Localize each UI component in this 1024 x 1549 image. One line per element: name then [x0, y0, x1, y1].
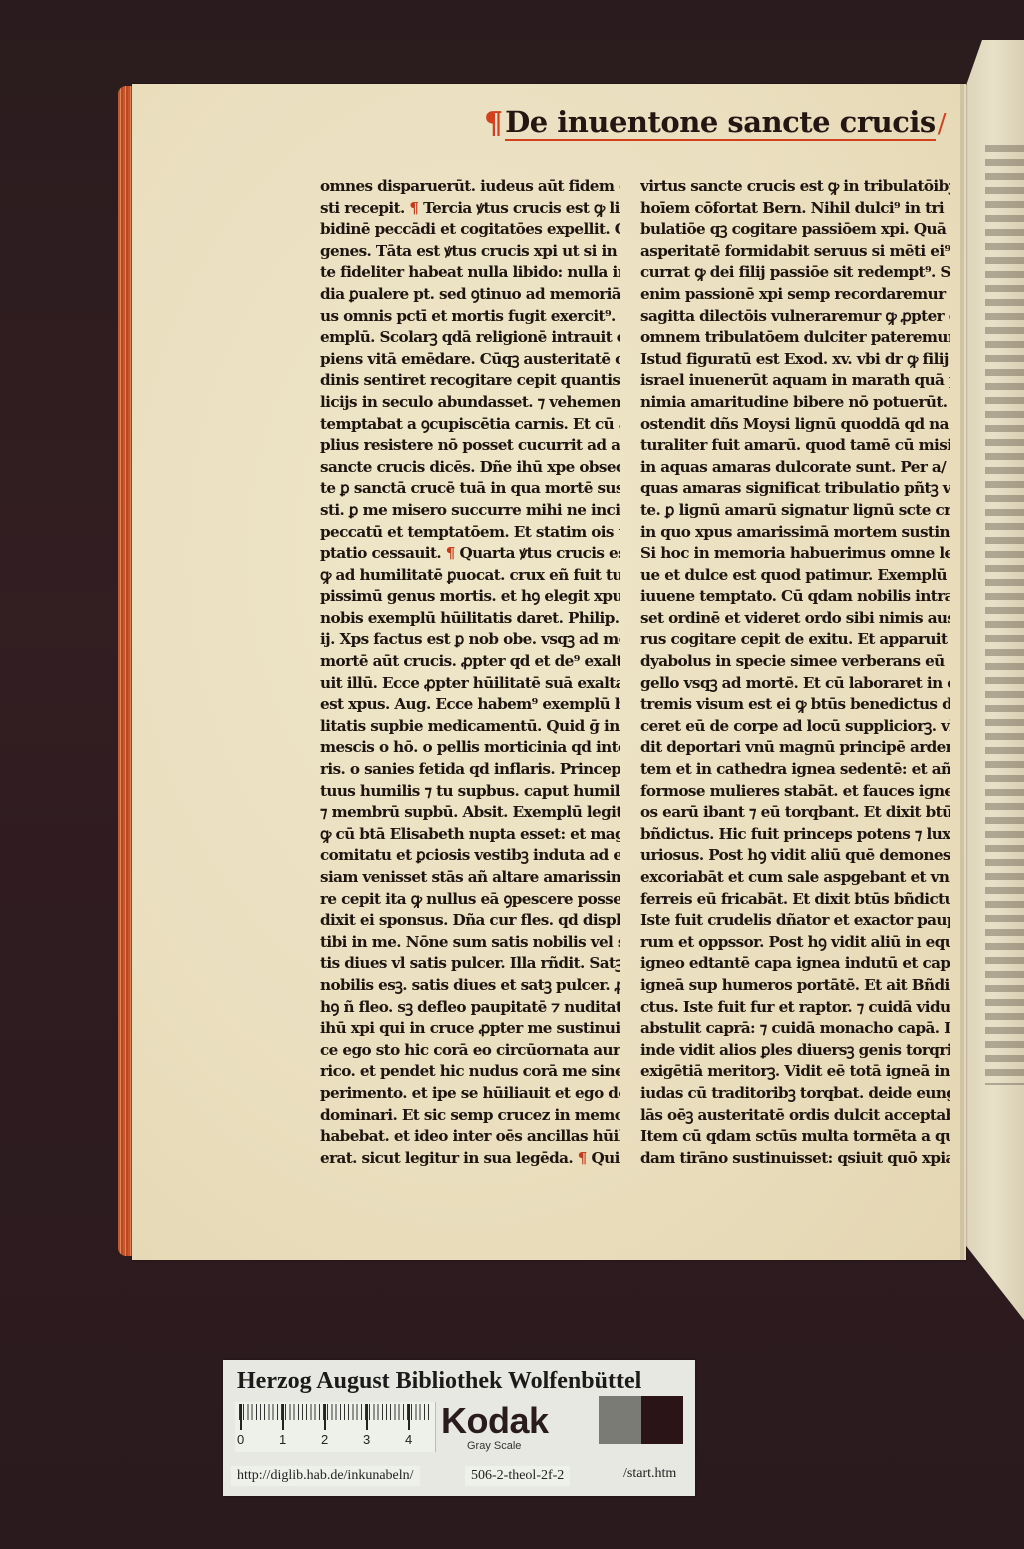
facing-page-text-bleed	[985, 145, 1024, 1085]
gray-swatch-dark	[641, 1396, 683, 1444]
text-line: ostendit dñs Moysi lignū quoddā qd na	[640, 414, 950, 436]
text-line: nobilis esꝫ. satis diues et satꝫ pulcer.…	[320, 975, 620, 997]
text-line: comitatu et ꝑciosis vestibꝫ induta ad ec…	[320, 845, 620, 867]
text-line: habebat. et ideo inter oēs ancillas hūil…	[320, 1126, 620, 1148]
text-line: asperitatē formidabit seruus si mēti ei⁹…	[640, 241, 950, 263]
text-line: formose mulieres stabāt. et fauces ignee…	[640, 781, 950, 803]
text-line: nobis exemplū hūilitatis daret. Philip.	[320, 608, 620, 630]
text-line: te fideliter habeat nulla libido: nulla …	[320, 262, 620, 284]
text-line: currat ꝙ dei filij passiōe sit redempt⁹.…	[640, 262, 950, 284]
gray-scale-label: Gray Scale	[467, 1440, 521, 1452]
text-line: dia ꝑualere pt. sed ꝯtinuo ad memoriā il…	[320, 284, 620, 306]
text-line: igneā sup humeros portātē. Et ait Bñdi	[640, 975, 950, 997]
ruler-number: 0	[237, 1432, 244, 1447]
text-line: nimia amaritudine bibere nō potuerūt. et	[640, 392, 950, 414]
text-line: inde vidit alios ꝑles diuersꝫ genis torq…	[640, 1040, 950, 1062]
ruler-number: 3	[363, 1432, 370, 1447]
shelfmark: 506-2-theol-2f-2	[465, 1466, 570, 1486]
text-line: virtus sancte crucis est ꝙ in tribulatōi…	[640, 176, 950, 198]
ruler-major-tick	[366, 1404, 368, 1430]
text-line: te. ꝑ lignū amarū signatur lignū scte cr…	[640, 500, 950, 522]
text-line: plius resistere nō posset cucurrit ad al…	[320, 435, 620, 457]
ruler-major-tick	[324, 1404, 326, 1430]
ruler-major-tick	[240, 1404, 242, 1430]
text-line: tremis visum est ei ꝙ btūs benedictus du	[640, 694, 950, 716]
text-line: hꝯ ñ fleo. sꝫ defleo paupitatē ⁊ nuditat…	[320, 997, 620, 1019]
ruler-number: 1	[279, 1432, 286, 1447]
text-line: peccatū et temptatōem. Et statim ois tem	[320, 522, 620, 544]
text-line: sti recepit. ¶ Tercia ꝟtus crucis est ꝙ …	[320, 198, 620, 220]
text-line: ue et dulce est quod patimur. Exemplū de	[640, 565, 950, 587]
text-line: omnes disparuerūt. iudeus aūt fidem chri	[320, 176, 620, 198]
text-line: ferreis eū fricabāt. Et dixit btūs bñdic…	[640, 889, 950, 911]
text-line: hoīem cōfortat Bern. Nihil dulci⁹ in tri	[640, 198, 950, 220]
text-line: Iste fuit crudelis dñator et exactor pau…	[640, 910, 950, 932]
text-line: ihū xpi qui in cruce ꝓpter me sustinuit.…	[320, 1018, 620, 1040]
text-line: iudas cū traditoribꝫ torqbat. deide eung…	[640, 1083, 950, 1105]
text-line: in quo xpus amarissimā mortem sustinuit.	[640, 522, 950, 544]
text-line: in aquas amaras dulcorate sunt. Per a/	[640, 457, 950, 479]
text-line: sancte crucis dicēs. Dñe ihū xpe obsecro	[320, 457, 620, 479]
text-line: uit illū. Ecce ꝓpter hūilitatē suā exalt…	[320, 673, 620, 695]
paraph-mark-icon: ¶	[446, 544, 455, 562]
reference-scale-card: Herzog August Bibliothek Wolfenbüttel 0 …	[223, 1360, 695, 1496]
text-line: ꝙ ad humilitatē ꝑuocat. crux eñ fuit tur	[320, 565, 620, 587]
text-line: rus cogitare cepit de exitu. Et apparuit…	[640, 629, 950, 651]
text-line: uriosus. Post hꝯ vidit aliū quē demones	[640, 845, 950, 867]
ruler-major-tick	[282, 1404, 284, 1430]
text-line: est xpus. Aug. Ecce habem⁹ exemplū hūi	[320, 694, 620, 716]
text-line: lās oēꝫ austeritatē ordis dulcit accepta…	[640, 1105, 950, 1127]
text-line: Item cū qdam sctūs multa tormēta a quo	[640, 1126, 950, 1148]
text-line: licijs in seculo abundasset. ⁊ vehemente…	[320, 392, 620, 414]
ruler-number: 2	[321, 1432, 328, 1447]
text-line: mortē aūt crucis. ꝓpter qd et de⁹ exalta…	[320, 651, 620, 673]
paraph-mark-icon: ¶	[484, 109, 503, 139]
text-line: dam tirāno sustinuisset: qsiuit quō xpia…	[640, 1148, 950, 1170]
text-line: ꝙ cū btā Elisabeth nupta esset: et magno	[320, 824, 620, 846]
text-line: ce ego sto hic corā eo circūornata auro …	[320, 1040, 620, 1062]
text-line: litatis supbie medicamentū. Quid ḡ intu	[320, 716, 620, 738]
text-line: dixit ei sponsus. Dña cur fles. qd displ…	[320, 910, 620, 932]
text-line: ptatio cessauit. ¶ Quarta ꝟtus crucis es…	[320, 543, 620, 565]
running-heading: ¶ De inuentone sancte crucis /	[484, 104, 914, 144]
text-line: dinis sentiret recogitare cepit quantis …	[320, 370, 620, 392]
text-line: exigētiā meritorꝫ. Vidit eē totā igneā i…	[640, 1061, 950, 1083]
text-line: ⁊ membrū supbū. Absit. Exemplū legit	[320, 802, 620, 824]
paraph-mark-icon: ¶	[578, 1149, 587, 1167]
text-line: dominari. Et sic semp crucez in memoria	[320, 1105, 620, 1127]
text-line: Istud figuratū est Exod. xv. vbi dr ꝙ fi…	[640, 349, 950, 371]
text-line: igneo edtantē capa ignea indutū et caprā…	[640, 953, 950, 975]
running-heading-text: De inuentone sancte crucis	[505, 107, 936, 141]
text-line: iuuene temptato. Cū qdam nobilis intras	[640, 586, 950, 608]
text-line: sagitta dilectōis vulneraremur ꝙ ꝓpter e…	[640, 306, 950, 328]
text-column-right: virtus sancte crucis est ꝙ in tribulatōi…	[640, 176, 950, 1169]
text-line: quas amaras significat tribulatio pñtꝫ v…	[640, 478, 950, 500]
text-line: bidinē peccādi et cogitatōes expellit. O…	[320, 219, 620, 241]
url-prefix: http://diglib.hab.de/inkunabeln/	[231, 1466, 420, 1486]
text-line: rico. et pendet hic nudus corā me sine c…	[320, 1061, 620, 1083]
measurement-ruler: 0 1 2 3 4	[235, 1402, 436, 1452]
text-line: tibi in me. Nōne sum satis nobilis vel s…	[320, 932, 620, 954]
text-line: tuus humilis ⁊ tu supbus. caput humile	[320, 781, 620, 803]
text-line: rum et oppssor. Post hꝯ vidit aliū in eq…	[640, 932, 950, 954]
url-suffix: /start.htm	[623, 1466, 676, 1482]
ruler-major-tick	[408, 1404, 410, 1430]
text-line: tis diues vl satis pulcer. Illa rñdit. S…	[320, 953, 620, 975]
ruler-ticks	[239, 1404, 429, 1420]
text-line: mescis o hō. o pellis morticinia qd intē…	[320, 737, 620, 759]
text-line: bulatiōe qꝫ cogitare passiōem xpi. Quā e…	[640, 219, 950, 241]
ruler-number: 4	[405, 1432, 412, 1447]
text-line: te ꝑ sanctā crucē tuā in qua mortē susti…	[320, 478, 620, 500]
text-line: piens vitā emēdare. Cūqꝫ austeritatē or/	[320, 349, 620, 371]
text-line: dit deportari vnū magnū principē arden/	[640, 737, 950, 759]
library-name: Herzog August Bibliothek Wolfenbüttel	[237, 1368, 641, 1395]
text-line: omnem tribulatōem dulciter pateremur.	[640, 327, 950, 349]
text-line: tem et in cathedra ignea sedentē: et añ …	[640, 759, 950, 781]
text-line: us omnis pctī et mortis fugit exercit⁹. …	[320, 306, 620, 328]
text-line: emplū. Scolarꝫ qdā religionē intrauit cu	[320, 327, 620, 349]
text-line: enim passionē xpi semp recordaremur ita	[640, 284, 950, 306]
text-line: ij. Xps factus est ꝑ nob obe. vsqꝫ ad mo…	[320, 629, 620, 651]
rubric-stroke-icon: /	[938, 109, 947, 139]
text-line: turaliter fuit amarū. quod tamē cū misis…	[640, 435, 950, 457]
text-line: ceret eū de corpe ad locū suppliciorꝫ. v…	[640, 716, 950, 738]
text-line: ris. o sanies fetida qd inflaris. Prince…	[320, 759, 620, 781]
text-column-left: omnes disparuerūt. iudeus aūt fidem chri…	[320, 176, 620, 1169]
text-line: abstulit caprā: ⁊ cuidā monacho capā. De	[640, 1018, 950, 1040]
kodak-logo: Kodak	[441, 1400, 549, 1442]
text-line: os earū ibant ⁊ eū torqbant. Et dixit bt…	[640, 802, 950, 824]
text-line: gello vsqꝫ ad mortē. Et cū laboraret in …	[640, 673, 950, 695]
text-line: israel inuenerūt aquam in marath quā pre	[640, 370, 950, 392]
text-line: pissimū genus mortis. et hꝯ elegit xpus …	[320, 586, 620, 608]
paraph-mark-icon: ¶	[409, 199, 418, 217]
gray-swatch-mid	[599, 1396, 641, 1444]
page-gutter	[960, 84, 964, 1260]
text-line: re cepit ita ꝙ nullus eā ꝯpescere posset…	[320, 889, 620, 911]
text-line: ctus. Iste fuit fur et raptor. ⁊ cuidā v…	[640, 997, 950, 1019]
text-line: dyabolus in specie simee verberans eū cū…	[640, 651, 950, 673]
text-line: erat. sicut legitur in sua legēda. ¶ Qui…	[320, 1148, 620, 1170]
text-line: perimento. et ipe se hūiliauit et ego de…	[320, 1083, 620, 1105]
text-line: bñdictus. Hic fuit princeps potens ⁊ lux	[640, 824, 950, 846]
text-line: temptabat a ꝯcupiscētia carnis. Et cū am	[320, 414, 620, 436]
text-line: Si hoc in memoria habuerimus omne le	[640, 543, 950, 565]
text-line: excoriabāt et cum sale aspgebant et vnci…	[640, 867, 950, 889]
text-line: sti. ꝑ me misero succurre mihi ne incidā…	[320, 500, 620, 522]
text-line: set ordinē et videret ordo sibi nimis au…	[640, 608, 950, 630]
text-line: siam venisset stās añ altare amarissime …	[320, 867, 620, 889]
text-line: genes. Tāta est ꝟtus crucis xpi ut si in…	[320, 241, 620, 263]
